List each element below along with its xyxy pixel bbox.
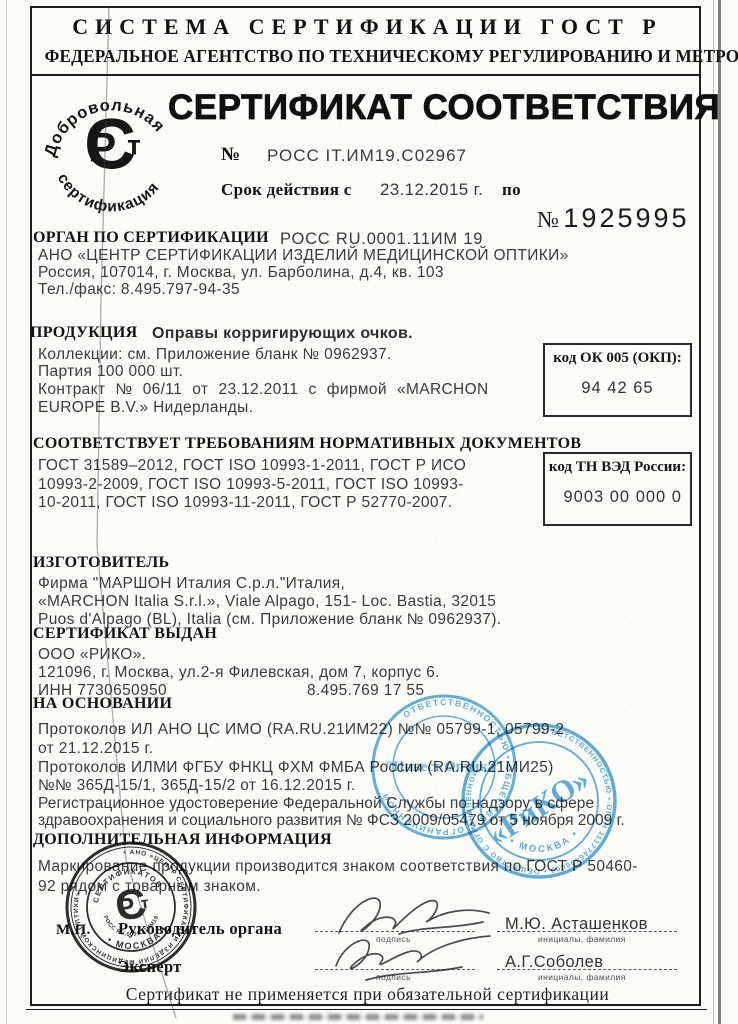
scan-edge-line (6, 0, 7, 1024)
scan-edge-line (713, 0, 714, 1024)
certificate-page: СИСТЕМА СЕРТИФИКАЦИИ ГОСТ Р ФЕДЕРАЛЬНОЕ … (0, 0, 738, 1024)
fold-crease-line (0, 0, 738, 1024)
scan-edge-line (718, 0, 721, 1024)
